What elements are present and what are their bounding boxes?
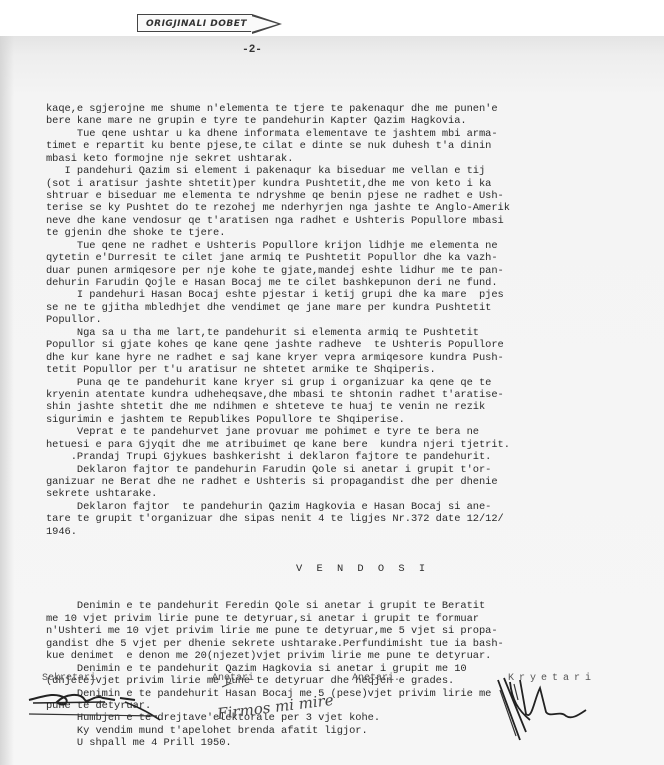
body-text-line: te gjenin dhe shoke te tjere. bbox=[46, 227, 662, 239]
body-text-line: Popullor si gjate kohes qe kane qene jas… bbox=[46, 339, 662, 351]
body-text-line: qytetin e'Durresit te cilet jane armiq t… bbox=[46, 252, 662, 264]
body-text-line: mbasi keto formojne nje sekret ushtarak. bbox=[46, 153, 662, 165]
member-handwritten-note: Firmos mi mire bbox=[212, 683, 432, 728]
body-text-line: (sot i aratisur jashte shtetit)per kundr… bbox=[46, 178, 662, 190]
body-text-line: dehurin Farudin Qojle e Hasan Bocaj me t… bbox=[46, 277, 662, 289]
chairman-signature bbox=[490, 670, 600, 755]
decision-text-line: n'Ushteri me 10 vjet privim lirie me pun… bbox=[46, 625, 662, 637]
stamp-arrow-fill bbox=[251, 16, 278, 32]
body-text-line: shin jashte shtetit dhe me ndihmen e sht… bbox=[46, 401, 662, 413]
body-text-line: I pandehuri Hasan Bocaj eshte pjestar i … bbox=[46, 289, 662, 301]
body-text-line: Veprat e te pandehurvet jane provuar me … bbox=[46, 426, 662, 438]
document-body: kaqe,e sgjerojne me shume n'elementa te … bbox=[46, 78, 662, 762]
body-text-line: duar punen armiqesore per nje kohe te gj… bbox=[46, 265, 662, 277]
body-text-line: kaqe,e sgjerojne me shume n'elementa te … bbox=[46, 103, 662, 115]
secretary-signature bbox=[25, 688, 185, 728]
body-text-line: neve dhe kane vendosur qe t'aratisen nga… bbox=[46, 215, 662, 227]
body-text-line: Popullor. bbox=[46, 314, 662, 326]
body-text-line: 1946. bbox=[46, 526, 662, 538]
body-text-line: se ne te gjitha mbledhjet dhe vendimet q… bbox=[46, 302, 662, 314]
decision-text-line: Denimin e te pandehurit Feredin Qole si … bbox=[46, 600, 662, 612]
decision-heading: V E N D O S I bbox=[46, 563, 662, 575]
body-text-line: hetuesi e para Gjyqit dhe me atribuimet … bbox=[46, 439, 662, 451]
body-text-line: Deklaron fajtor te pandehurin Qazim Hagk… bbox=[46, 501, 662, 513]
body-text-line: bere kane mare ne grupin e tyre te pande… bbox=[46, 115, 662, 127]
decision-text-line: kue denimet e denon me 20(njezet)vjet pr… bbox=[46, 650, 662, 662]
body-text-line: sigurimin e jashtem te Republikes Popull… bbox=[46, 414, 662, 426]
body-text-line: terise se ky Pushtet do te rezohej me nd… bbox=[46, 202, 662, 214]
page-edge-shadow bbox=[0, 36, 14, 765]
body-text-line: dhe kur kane hyre ne radhet e saj kane k… bbox=[46, 352, 662, 364]
body-text-line: Tue qene ushtar u ka dhene informata ele… bbox=[46, 128, 662, 140]
page-number: -2- bbox=[232, 44, 272, 56]
body-text-line: Puna qe te pandehurit kane kryer si grup… bbox=[46, 377, 662, 389]
decision-text-line: me 10 vjet privim lirie pune te detyruar… bbox=[46, 613, 662, 625]
body-text-line: sekrete ushtarake. bbox=[46, 488, 662, 500]
decision-text-line: gandist dhe 5 vjet per dhenie sekrete us… bbox=[46, 638, 662, 650]
body-text-line: Tue qene ne radhet e Ushteris Popullore … bbox=[46, 240, 662, 252]
body-text-line: I pandehuri Qazim si element i pakenaqur… bbox=[46, 165, 662, 177]
body-text-line: Deklaron fajtor te pandehurin Farudin Qo… bbox=[46, 464, 662, 476]
original-weak-stamp: ORIGJINALI DOBET bbox=[137, 14, 252, 32]
body-text-line: timet e repartit ku bente pjese,te cilat… bbox=[46, 140, 662, 152]
body-text-line: ganizuar ne Berat dhe ne radhet e Ushter… bbox=[46, 476, 662, 488]
verdict-reasoning: kaqe,e sgjerojne me shume n'elementa te … bbox=[46, 103, 662, 538]
body-text-line: tare te grupit t'organizuar dhe sipas ne… bbox=[46, 513, 662, 525]
body-text-line: tetit Popullor per t'u aratisur ne shtet… bbox=[46, 364, 662, 376]
body-text-line: shtruar e biseduar me elementa te ndrysh… bbox=[46, 190, 662, 202]
secretary-label: Sekretari bbox=[42, 673, 96, 684]
body-text-line: Nga sa u tha me lart,te pandehurit si el… bbox=[46, 327, 662, 339]
body-text-line: .Prandaj Trupi Gjykues bashkerisht i dek… bbox=[46, 451, 662, 463]
body-text-line: kryenin atentate kundra udheheqsave,dhe … bbox=[46, 389, 662, 401]
svg-text:Firmos mi mire: Firmos mi mire bbox=[215, 691, 334, 723]
